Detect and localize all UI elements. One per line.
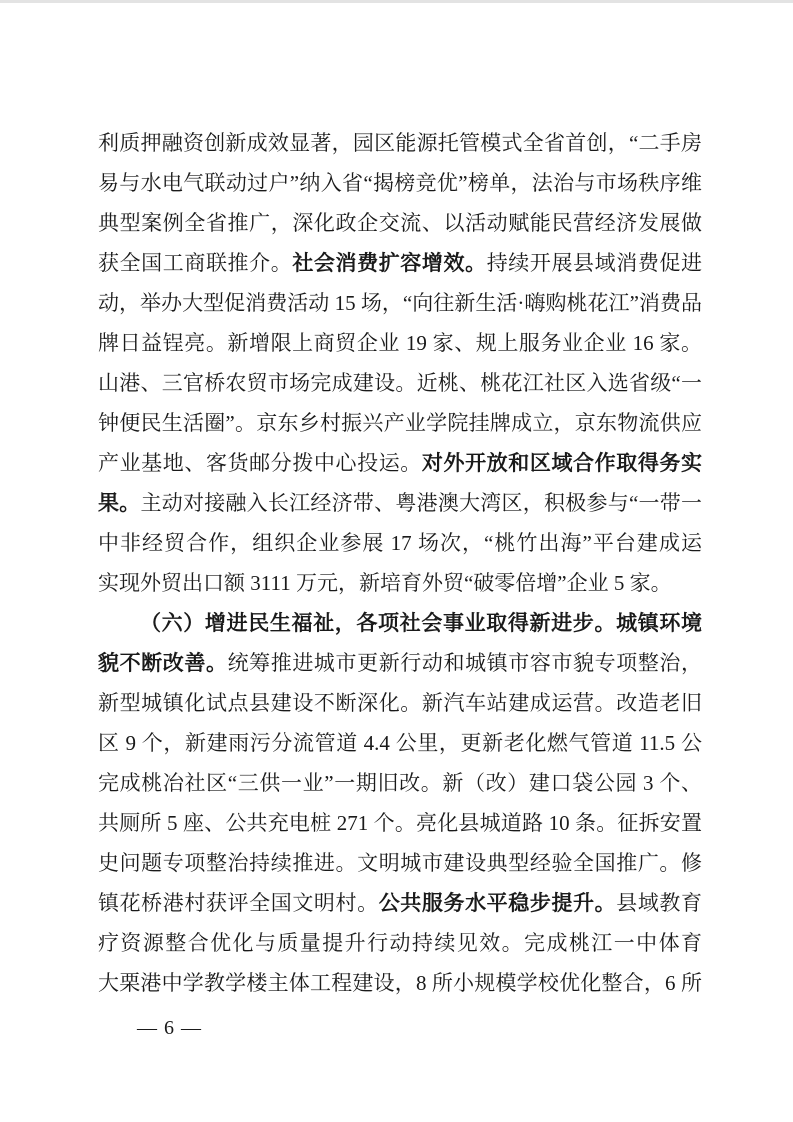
text-line: 中非经贸合作，组织企业参展 17 场次，“桃竹出海”平台建成运营， (98, 523, 702, 563)
text-run: 共厕所 5 座、公共充电桩 271 个。亮化县城道路 10 条。征拆安置历 (98, 811, 702, 843)
text-run: 中非经贸合作，组织企业参展 17 场次，“桃竹出海”平台建成运营， (98, 531, 702, 563)
text-run: 获全国工商联推介。 (98, 251, 292, 275)
text-line: 疗资源整合优化与质量提升行动持续见效。完成桃江一中体育馆、 (98, 923, 702, 963)
text-line: 大栗港中学教学楼主体工程建设，8 所小规模学校优化整合，6 所农 (98, 963, 702, 1003)
emphasis-text-run: 貌不断改善。 (98, 651, 228, 675)
page-number: — 6 — (137, 1014, 202, 1042)
text-line: 貌不断改善。统筹推进城市更新行动和城镇市容市貌专项整治，省 (98, 643, 702, 683)
text-line: 共厕所 5 座、公共充电桩 271 个。亮化县城道路 10 条。征拆安置历 (98, 803, 702, 843)
text-line: 动，举办大型促消费活动 15 场，“向往新生活·嗨购桃花江”消费品 (98, 283, 702, 323)
text-line: 产业基地、客货邮分拨中心投运。对外开放和区域合作取得务实成 (98, 443, 702, 483)
document-body: 利质押融资创新成效显著，园区能源托管模式全省首创，“二手房交易与水电气联动过户”… (98, 123, 702, 1003)
text-line: 区 9 个，新建雨污分流管道 4.4 公里，更新老化燃气管道 11.5 公里。 (98, 723, 702, 763)
text-line: 新型城镇化试点县建设不断深化。新汽车站建成运营。改造老旧小 (98, 683, 702, 723)
text-run: 山港、三官桥农贸市场完成建设。近桃、桃花江社区入选省级“一刻 (98, 371, 702, 403)
text-line: 实现外贸出口额 3111 万元，新培育外贸“破零倍增”企业 5 家。 (98, 563, 702, 603)
text-line: 完成桃冶社区“三供一业”一期旧改。新（改）建口袋公园 3 个、公 (98, 763, 702, 803)
text-line: （六）增进民生福祉，各项社会事业取得新进步。城镇环境风 (98, 603, 702, 643)
scan-edge-artifact (0, 0, 793, 3)
text-run: 新型城镇化试点县建设不断深化。新汽车站建成运营。改造老旧小 (98, 691, 702, 723)
text-run: 产业基地、客货邮分拨中心投运。 (98, 451, 422, 475)
text-line: 易与水电气联动过户”纳入省“揭榜竞优”榜单，法治与市场秩序维护 (98, 163, 702, 203)
text-line: 获全国工商联推介。社会消费扩容增效。持续开展县域消费促进行 (98, 243, 702, 283)
text-line: 牌日益锃亮。新增限上商贸企业 19 家、规上服务业企业 16 家。灰 (98, 323, 702, 363)
text-line: 史问题专项整治持续推进。文明城市建设典型经验全国推广。修山 (98, 843, 702, 883)
text-line: 利质押融资创新成效显著，园区能源托管模式全省首创，“二手房交 (98, 123, 702, 163)
text-run: 动，举办大型促消费活动 15 场，“向往新生活·嗨购桃花江”消费品 (98, 291, 702, 315)
text-run: 钟便民生活圈”。京东乡村振兴产业学院挂牌成立，京东物流供应链 (98, 411, 702, 443)
text-line: 果。主动对接融入长江经济带、粤港澳大湾区，积极参与“一带一路”、 (98, 483, 702, 523)
emphasis-text-run: 社会消费扩容增效。 (292, 251, 486, 275)
text-run: 镇花桥港村获评全国文明村。 (98, 891, 379, 915)
emphasis-text-run: 公共服务水平稳步提升。 (379, 891, 617, 915)
text-run: 易与水电气联动过户”纳入省“揭榜竞优”榜单，法治与市场秩序维护 (98, 171, 702, 203)
emphasis-text-run: （六）增进民生福祉，各项社会事业取得新进步。城镇环境风 (98, 611, 702, 643)
text-run: 史问题专项整治持续推进。文明城市建设典型经验全国推广。修山 (98, 851, 702, 883)
text-run: 大栗港中学教学楼主体工程建设，8 所小规模学校优化整合，6 所农 (98, 971, 702, 1003)
document-page: 利质押融资创新成效显著，园区能源托管模式全省首创，“二手房交易与水电气联动过户”… (0, 0, 793, 1122)
text-line: 山港、三官桥农贸市场完成建设。近桃、桃花江社区入选省级“一刻 (98, 363, 702, 403)
text-line: 钟便民生活圈”。京东乡村振兴产业学院挂牌成立，京东物流供应链 (98, 403, 702, 443)
text-run: 疗资源整合优化与质量提升行动持续见效。完成桃江一中体育馆、 (98, 931, 702, 963)
text-line: 镇花桥港村获评全国文明村。公共服务水平稳步提升。县域教育医 (98, 883, 702, 923)
text-line: 典型案例全省推广，深化政企交流、以活动赋能民营经济发展做法 (98, 203, 702, 243)
text-run: 典型案例全省推广，深化政企交流、以活动赋能民营经济发展做法 (98, 211, 702, 243)
emphasis-text-run: 果。 (98, 491, 140, 515)
text-run: 牌日益锃亮。新增限上商贸企业 19 家、规上服务业企业 16 家。灰 (98, 331, 702, 363)
text-run: 主动对接融入长江经济带、粤港澳大湾区，积极参与“一带一路”、 (98, 491, 702, 523)
text-run: 区 9 个，新建雨污分流管道 4.4 公里，更新老化燃气管道 11.5 公里。 (98, 731, 702, 763)
text-run: 实现外贸出口额 3111 万元，新培育外贸“破零倍增”企业 5 家。 (98, 571, 672, 595)
text-run: 完成桃冶社区“三供一业”一期旧改。新（改）建口袋公园 3 个、公 (98, 771, 702, 803)
text-run: 利质押融资创新成效显著，园区能源托管模式全省首创，“二手房交 (98, 131, 702, 163)
